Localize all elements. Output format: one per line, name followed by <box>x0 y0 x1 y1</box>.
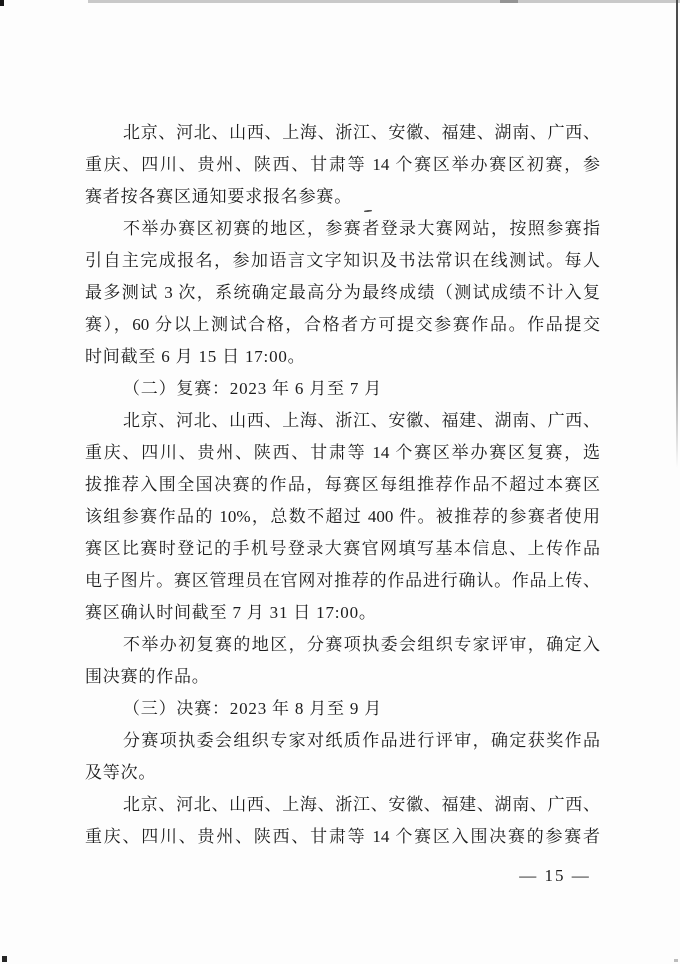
text-line: 不举办初复赛的地区，分赛项执委会组织专家评审，确定入 <box>85 629 600 661</box>
scan-mark-top-left <box>0 0 4 6</box>
text-line: 围决赛的作品。 <box>85 661 600 693</box>
text-line: 重庆、四川、贵州、陕西、甘肃等 14 个赛区举办赛区初赛，参 <box>85 149 600 181</box>
text-line: 赛），60 分以上测试合格，合格者方可提交参赛作品。作品提交 <box>85 309 600 341</box>
text-line: 赛者按各赛区通知要求报名参赛。 <box>85 181 600 213</box>
scan-edge-stripe-top-dark-segment <box>500 0 518 3</box>
text-line: 分赛项执委会组织专家对纸质作品进行评审，确定获奖作品 <box>85 725 600 757</box>
text-line: 北京、河北、山西、上海、浙江、安徽、福建、湖南、广西、 <box>85 405 600 437</box>
document-page: 北京、河北、山西、上海、浙江、安徽、福建、湖南、广西、重庆、四川、贵州、陕西、甘… <box>0 0 680 964</box>
text-line: 重庆、四川、贵州、陕西、甘肃等 14 个赛区举办赛区复赛，选 <box>85 437 600 469</box>
text-line: 引自主完成报名，参加语言文字知识及书法常识在线测试。每人 <box>85 245 600 277</box>
text-line: 不举办赛区初赛的地区，参赛者登录大赛网站，按照参赛指 <box>85 213 600 245</box>
text-line: 北京、河北、山西、上海、浙江、安徽、福建、湖南、广西、 <box>85 789 600 821</box>
text-line: 最多测试 3 次，系统确定最高分为最终成绩（测试成绩不计入复 <box>85 277 600 309</box>
text-line: 该组参赛作品的 10%，总数不超过 400 件。被推荐的参赛者使用 <box>85 501 600 533</box>
scan-mark-bottom-left <box>2 956 7 962</box>
scan-speckle-bottom-right <box>674 959 678 962</box>
text-line: 赛区确认时间截至 7 月 31 日 17:00。 <box>85 597 600 629</box>
text-line: 北京、河北、山西、上海、浙江、安徽、福建、湖南、广西、 <box>85 117 600 149</box>
text-line: 及等次。 <box>85 757 600 789</box>
text-line: （三）决赛：2023 年 8 月至 9 月 <box>85 693 600 725</box>
text-line: 时间截至 6 月 15 日 17:00。 <box>85 341 600 373</box>
document-body: 北京、河北、山西、上海、浙江、安徽、福建、湖南、广西、重庆、四川、贵州、陕西、甘… <box>85 117 600 853</box>
scan-edge-line-right <box>676 0 678 468</box>
text-line: 拔推荐入围全国决赛的作品，每赛区每组推荐作品不超过本赛区 <box>85 469 600 501</box>
scan-edge-stripe-top <box>88 0 680 3</box>
text-line: 电子图片。赛区管理员在官网对推荐的作品进行确认。作品上传、 <box>85 565 600 597</box>
text-line: 重庆、四川、贵州、陕西、甘肃等 14 个赛区入围决赛的参赛者 <box>85 821 600 853</box>
page-number: — 15 — <box>505 866 605 886</box>
text-line: （二）复赛：2023 年 6 月至 7 月 <box>85 373 600 405</box>
text-line: 赛区比赛时登记的手机号登录大赛官网填写基本信息、上传作品 <box>85 533 600 565</box>
